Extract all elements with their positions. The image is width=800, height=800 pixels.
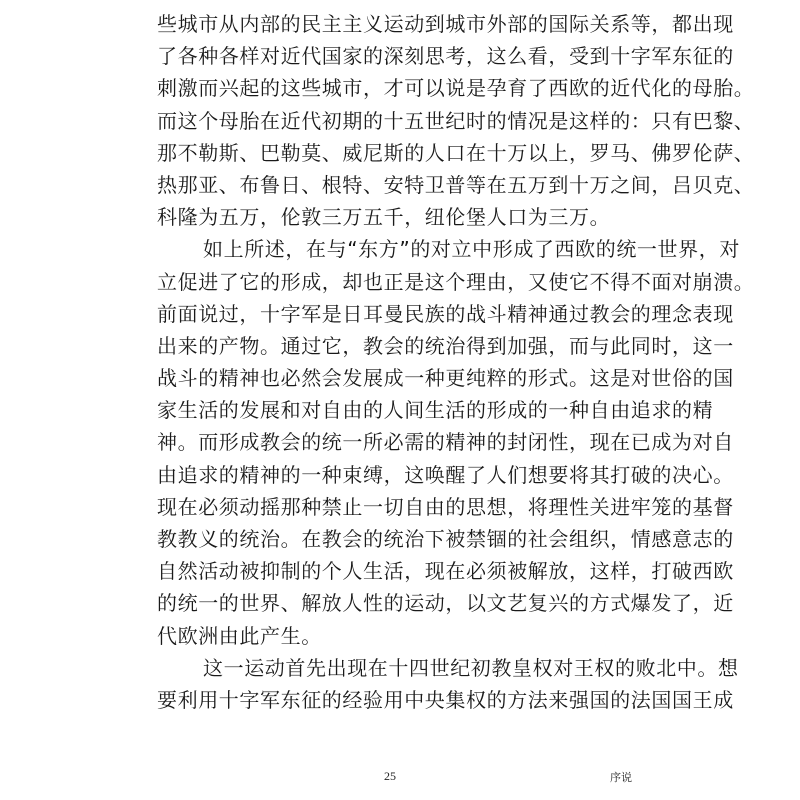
text-line: 由追求的精神的一种束缚，这唤醒了人们想要将其打破的决心。 xyxy=(157,459,633,491)
text-line: 而这个母胎在近代初期的十五世纪时的情况是这样的：只有巴黎、 xyxy=(157,105,633,137)
text-line: 自然活动被抑制的个人生活，现在必须被解放，这样，打破西欧 xyxy=(157,555,633,587)
text-line: 教教义的统治。在教会的统治下被禁锢的社会组织，情感意志的 xyxy=(157,523,633,555)
paragraph-start-line: 这一运动首先出现在十四世纪初教皇权对王权的败北中。想 xyxy=(157,652,633,684)
page-number: 25 xyxy=(384,769,396,784)
text-line: 前面说过，十字军是日耳曼民族的战斗精神通过教会的理念表现 xyxy=(157,298,633,330)
text-line: 立促进了它的形成，却也正是这个理由，又使它不得不面对崩溃。 xyxy=(157,266,633,298)
running-footer-section-title: 序说 xyxy=(610,769,632,785)
text-line: 刺激而兴起的这些城市，才可以说是孕育了西欧的近代化的母胎。 xyxy=(157,72,633,104)
text-line: 的统一的世界、解放人性的运动，以文艺复兴的方式爆发了，近 xyxy=(157,587,633,619)
text-line: 现在必须动摇那种禁止一切自由的思想，将理性关进牢笼的基督 xyxy=(157,491,633,523)
text-line: 神。而形成教会的统一所必需的精神的封闭性，现在已成为对自 xyxy=(157,426,633,458)
text-line: 热那亚、布鲁日、根特、安特卫普等在五万到十万之间，吕贝克、 xyxy=(157,169,633,201)
text-line: 科隆为五万，伦敦三万五千，纽伦堡人口为三万。 xyxy=(157,201,633,233)
text-line: 代欧洲由此产生。 xyxy=(157,620,633,652)
book-page: 些城市从内部的民主主义运动到城市外部的国际关系等，都出现 了各种各样对近代国家的… xyxy=(0,0,800,800)
text-line: 战斗的精神也必然会发展成一种更纯粹的形式。这是对世俗的国 xyxy=(157,362,633,394)
text-line: 了各种各样对近代国家的深刻思考，这么看，受到十字军东征的 xyxy=(157,40,633,72)
text-line: 家生活的发展和对自由的人间生活的形成的一种自由追求的精 xyxy=(157,394,633,426)
text-line: 些城市从内部的民主主义运动到城市外部的国际关系等，都出现 xyxy=(157,8,633,40)
text-line: 要利用十字军东征的经验用中央集权的方法来强国的法国国王成 xyxy=(157,684,633,716)
paragraph-start-line: 如上所述，在与“东方”的对立中形成了西欧的统一世界，对 xyxy=(157,233,633,265)
text-line: 那不勒斯、巴勒莫、威尼斯的人口在十万以上，罗马、佛罗伦萨、 xyxy=(157,137,633,169)
body-text: 些城市从内部的民主主义运动到城市外部的国际关系等，都出现 了各种各样对近代国家的… xyxy=(157,8,633,716)
text-line: 出来的产物。通过它，教会的统治得到加强，而与此同时，这一 xyxy=(157,330,633,362)
